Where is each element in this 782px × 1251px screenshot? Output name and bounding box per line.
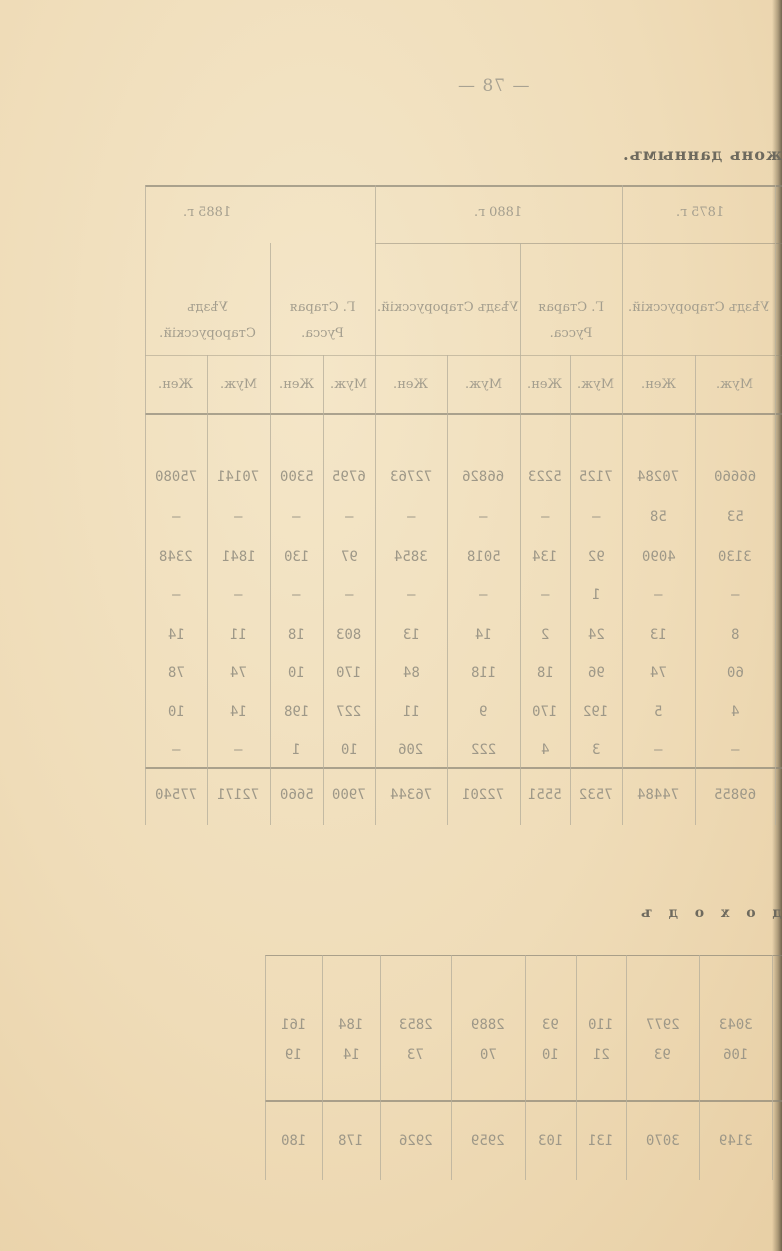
col-divider	[772, 955, 773, 1180]
table2-total-cell: 3149	[699, 1133, 772, 1149]
sex-header: Жен.	[520, 377, 570, 392]
table-cell: 14	[447, 627, 520, 643]
sex-header: Муж.	[323, 377, 375, 392]
table-cell: 58	[622, 509, 695, 525]
group-header: Уѣздъ Старорусскій.	[375, 295, 520, 321]
table2-total-cell: 3070	[626, 1133, 699, 1149]
table-cell: 3854	[375, 549, 447, 565]
income-table: 3043297711093288928531841611069321107073…	[265, 955, 782, 1180]
table2-total-cell: 131	[576, 1133, 626, 1149]
year-subrule	[375, 243, 782, 244]
table-cell: 96	[570, 665, 622, 681]
section-title-text: жонь даннымъ.	[622, 145, 782, 164]
table2-cell: 184	[322, 1017, 380, 1033]
total-cell: 74484	[622, 787, 695, 803]
sex-header: Жен.	[375, 377, 447, 392]
col-divider	[622, 185, 623, 825]
table-cell: —	[207, 509, 270, 525]
table-cell: 227	[323, 704, 375, 720]
table2-cell: 70	[451, 1047, 525, 1063]
totals-rule	[145, 767, 782, 769]
table2-total-cell: 178	[322, 1133, 380, 1149]
table-cell: 3	[570, 742, 622, 758]
table-cell: 803	[323, 627, 375, 643]
page-number-text: — 78 —	[457, 76, 529, 96]
year-header: 1880 г.	[375, 205, 622, 220]
sex-header: Муж.	[695, 377, 775, 392]
table2-totals-rule	[265, 1100, 782, 1102]
table-cell: 4	[695, 704, 775, 720]
table-cell: 78	[145, 665, 207, 681]
table-cell: 2348	[145, 549, 207, 565]
sex-header: Муж.	[570, 377, 622, 392]
table-cell: 84	[375, 665, 447, 681]
section-title-2: д о х о д ъ	[635, 905, 782, 921]
group-header: Г. Старая Русса.	[520, 295, 622, 347]
table-cell: 118	[447, 665, 520, 681]
table-cell: —	[375, 587, 447, 603]
table-cell: 18	[270, 627, 323, 643]
table2-cell: 110	[576, 1017, 626, 1033]
col-divider	[775, 185, 776, 825]
table-cell: 2	[520, 627, 570, 643]
table-cell: 170	[323, 665, 375, 681]
year-header: 1885 г.	[145, 205, 270, 220]
total-cell: 69855	[695, 787, 775, 803]
table-cell: 192	[570, 704, 622, 720]
total-cell: 72201	[447, 787, 520, 803]
table-cell: 1	[570, 587, 622, 603]
total-cell: 76344	[375, 787, 447, 803]
table-cell: 9	[447, 704, 520, 720]
table-cell: 5300	[270, 469, 323, 485]
total-cell: 7900	[323, 787, 375, 803]
table-cell: 4090	[622, 549, 695, 565]
table-cell: 75080	[145, 469, 207, 485]
table2-cell: 2977	[626, 1017, 699, 1033]
total-cell: 5551	[520, 787, 570, 803]
table-cell: 72763	[375, 469, 447, 485]
table-cell: —	[375, 509, 447, 525]
table2-cell: 161	[265, 1017, 322, 1033]
table2-cell: 14	[322, 1047, 380, 1063]
table-cell: 206	[375, 742, 447, 758]
table-cell: 14	[207, 704, 270, 720]
table-cell: —	[207, 742, 270, 758]
table-cell: —	[207, 587, 270, 603]
table-cell: —	[447, 587, 520, 603]
table-cell: —	[145, 742, 207, 758]
table-cell: 18	[520, 665, 570, 681]
section-title-2-text: д о х о д ъ	[635, 905, 782, 921]
table-cell: 5018	[447, 549, 520, 565]
table-cell: 3130	[695, 549, 775, 565]
table-cell: 5223	[520, 469, 570, 485]
table2-total-cell: 180	[265, 1133, 322, 1149]
table-cell: 198	[270, 704, 323, 720]
table-cell: 7125	[570, 469, 622, 485]
group-subrule	[145, 355, 782, 356]
table2-cell: 106	[699, 1047, 772, 1063]
table2-cell: 73	[380, 1047, 451, 1063]
table2-cell: 2853	[380, 1017, 451, 1033]
table-cell: —	[447, 509, 520, 525]
table-cell: 24	[570, 627, 622, 643]
table-cell: 130	[270, 549, 323, 565]
table-cell: 70141	[207, 469, 270, 485]
table-cell: —	[270, 587, 323, 603]
table2-total-cell: 2959	[451, 1133, 525, 1149]
total-cell: 5660	[270, 787, 323, 803]
sex-header: Жен.	[622, 377, 695, 392]
table-cell: 13	[375, 627, 447, 643]
table-cell: —	[695, 742, 775, 758]
table-cell: 134	[520, 549, 570, 565]
table-cell: 11	[375, 704, 447, 720]
group-header: Уѣздъ Старорусскій.	[145, 295, 270, 347]
table2-total-cell: 2926	[380, 1133, 451, 1149]
table-cell: 97	[323, 549, 375, 565]
table-cell: 11	[207, 627, 270, 643]
table2-cell: 3043	[699, 1017, 772, 1033]
table-cell: 10	[323, 742, 375, 758]
table-cell: 13	[622, 627, 695, 643]
table2-cell: 19	[265, 1047, 322, 1063]
table2-cell: 21	[576, 1047, 626, 1063]
col-divider	[375, 185, 376, 825]
table2-cell: 2889	[451, 1017, 525, 1033]
table-cell: —	[520, 587, 570, 603]
table-cell: 60	[695, 665, 775, 681]
table-cell: 74	[622, 665, 695, 681]
total-cell: 72171	[207, 787, 270, 803]
table2-cell: 93	[626, 1047, 699, 1063]
table-cell: —	[695, 587, 775, 603]
table-cell: 222	[447, 742, 520, 758]
table-cell: —	[570, 509, 622, 525]
year-header: 1875 г.	[625, 205, 775, 220]
table-top-rule	[145, 185, 782, 187]
table-cell: —	[145, 587, 207, 603]
table-cell: —	[270, 509, 323, 525]
table-cell: 1	[270, 742, 323, 758]
table-cell: 5	[622, 704, 695, 720]
table-cell: 66660	[695, 469, 775, 485]
table-cell: 92	[570, 549, 622, 565]
sex-header: Жен.	[270, 377, 323, 392]
table-cell: —	[622, 742, 695, 758]
sex-header: Муж.	[447, 377, 520, 392]
table-cell: —	[323, 587, 375, 603]
table-cell: 6795	[323, 469, 375, 485]
table-cell: 10	[270, 665, 323, 681]
table-cell: 4	[520, 742, 570, 758]
table-cell: 74	[207, 665, 270, 681]
table-cell: 1841	[207, 549, 270, 565]
table-cell: 14	[145, 627, 207, 643]
table-cell: 53	[695, 509, 775, 525]
total-cell: 77540	[145, 787, 207, 803]
table-cell: —	[520, 509, 570, 525]
group-header: Г. Старая Русса.	[270, 295, 375, 347]
col-divider	[145, 185, 146, 825]
table-cell: —	[323, 509, 375, 525]
table-cell: —	[145, 509, 207, 525]
table2-cell: 10	[525, 1047, 576, 1063]
table2-cell: 93	[525, 1017, 576, 1033]
header-bottom-rule	[145, 413, 782, 415]
table2-top-rule	[265, 955, 782, 956]
table-cell: 10	[145, 704, 207, 720]
table2-total-cell: 103	[525, 1133, 576, 1149]
population-table: 1875 г. 1880 г. 1885 г. Уѣздъ Старорусск…	[145, 185, 782, 840]
table-cell: 8	[695, 627, 775, 643]
page-number: — 78 —	[448, 76, 538, 96]
group-header: Уѣздъ Старорусскій.	[622, 295, 775, 321]
sex-header: Жен.	[145, 377, 207, 392]
table-cell: 70284	[622, 469, 695, 485]
table-cell: —	[622, 587, 695, 603]
section-title: жонь даннымъ.	[622, 145, 782, 164]
sex-header: Муж.	[207, 377, 270, 392]
table-cell: 66826	[447, 469, 520, 485]
total-cell: 7532	[570, 787, 622, 803]
table-cell: 170	[520, 704, 570, 720]
